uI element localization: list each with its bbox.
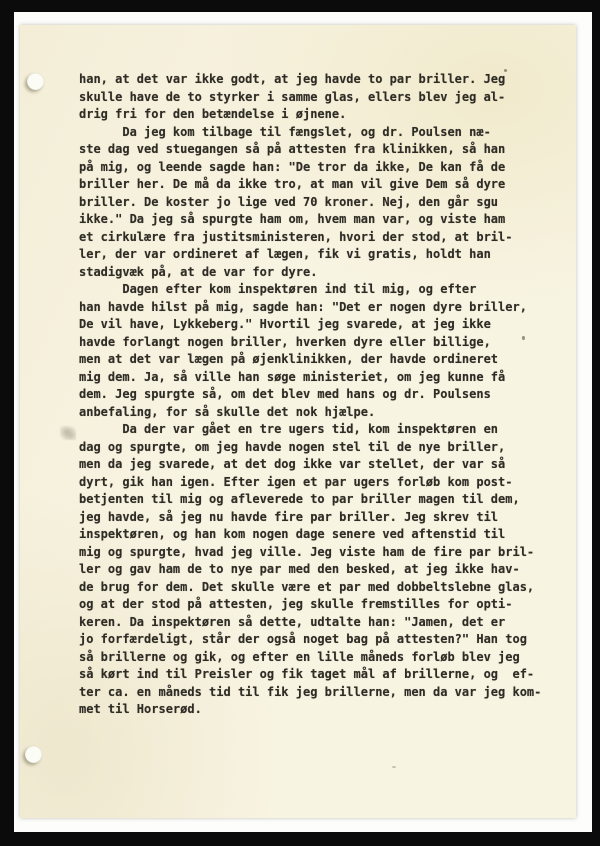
typewritten-line: så kørt ind til Preisler og fik taget må… — [79, 666, 565, 684]
typewritten-line: han, at det var ikke godt, at jeg havde … — [79, 71, 565, 89]
typewritten-line: Da der var gået en tre ugers tid, kom in… — [79, 421, 565, 439]
punch-hole-top — [27, 73, 44, 90]
document-page: han, at det var ikke godt, at jeg havde … — [20, 25, 576, 818]
typewritten-line: men at det var lægen på øjenklinikken, d… — [79, 351, 565, 369]
typewritten-line: de brug for dem. Det skulle være et par … — [79, 579, 565, 597]
typewritten-line: et cirkulære fra justitsministeren, hvor… — [79, 229, 565, 247]
typewritten-line: dem. Jeg spurgte så, om det blev med han… — [79, 386, 565, 404]
paper-speck — [392, 766, 396, 768]
typewritten-line: keren. Da inspektøren så dette, udtalte … — [79, 614, 565, 632]
scanned-document-screenshot: { "artifacts": { "colors": { "paper": "#… — [0, 0, 600, 846]
typewritten-line: jo forfærdeligt, står der også noget bag… — [79, 631, 565, 649]
typewritten-line: jeg havde, så jeg nu havde fire par bril… — [79, 509, 565, 527]
typewritten-line: dag og spurgte, om jeg havde nogen stel … — [79, 439, 565, 457]
punch-hole-bottom — [25, 746, 42, 763]
typewritten-line: Da jeg kom tilbage til fængslet, og dr. … — [79, 124, 565, 142]
typewritten-line: De vil have, Lykkeberg." Hvortil jeg sva… — [79, 316, 565, 334]
typewritten-line: anbefaling, for så skulle det nok hjælpe… — [79, 404, 565, 422]
ink-smudge — [60, 426, 76, 440]
typewritten-line: ler, der var ordineret af lægen, fik vi … — [79, 246, 565, 264]
typewritten-line: dyrt, gik han igen. Efter igen et par ug… — [79, 474, 565, 492]
typewritten-line: skulle have de to styrker i samme glas, … — [79, 89, 565, 107]
typewritten-line: briller. De koster jo lige ved 70 kroner… — [79, 194, 565, 212]
typewritten-line: drig fri for den betændelse i øjnene. — [79, 106, 565, 124]
typewritten-line: mig dem. Ja, så ville han søge ministeri… — [79, 369, 565, 387]
typewritten-line: ter ca. en måneds tid til fik jeg brille… — [79, 684, 565, 702]
typewritten-line: på mig, og leende sagde han: "De tror da… — [79, 159, 565, 177]
typewritten-line: mig og spurgte, hvad jeg ville. Jeg vist… — [79, 544, 565, 562]
typewritten-line: ikke." Da jeg så spurgte ham om, hvem ma… — [79, 211, 565, 229]
typewritten-line: og at der stod på attesten, jeg skulle f… — [79, 596, 565, 614]
typewritten-line: briller her. De må da ikke tro, at man v… — [79, 176, 565, 194]
typewritten-line: men da jeg svarede, at det dog ikke var … — [79, 456, 565, 474]
typewritten-line: så brillerne og gik, og efter en lille m… — [79, 649, 565, 667]
typewritten-line: betjenten til mig og afleverede to par b… — [79, 491, 565, 509]
typewritten-line: Dagen efter kom inspektøren ind til mig,… — [79, 281, 565, 299]
typewritten-line: ste dag ved stuegangen så på attesten fr… — [79, 141, 565, 159]
typewritten-line: havde forlangt nogen briller, hverken dy… — [79, 334, 565, 352]
typewritten-line: inspektøren, og han kom nogen dage sener… — [79, 526, 565, 544]
typewritten-line: stadigvæk på, at de var for dyre. — [79, 264, 565, 282]
typewritten-text-block: han, at det var ikke godt, at jeg havde … — [79, 71, 565, 719]
typewritten-line: ler og gav ham de to nye par med den bes… — [79, 561, 565, 579]
typewritten-line: han havde hilst på mig, sagde han: "Det … — [79, 299, 565, 317]
typewritten-line: met til Horserød. — [79, 701, 565, 719]
